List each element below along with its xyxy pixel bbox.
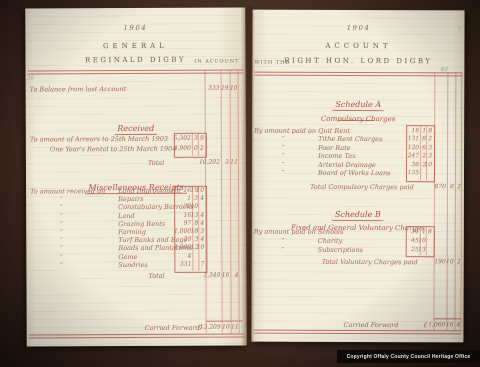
- total-label: Total Compulsory Charges paid: [310, 184, 414, 191]
- amount-shillings: 10: [222, 325, 230, 331]
- lord-digby-name: RIGHT HON. LORD DIGBY: [252, 57, 464, 66]
- schedule-b-list: By amount paid on Schools 34 1 8 ″ Chari…: [252, 229, 464, 256]
- in-account-label: IN ACCOUNT: [194, 59, 239, 65]
- ledger-photo: 1904 GENERAL REGINALD DIGBY IN ACCOUNT 3…: [0, 0, 480, 367]
- ledger-row: ″ Subscriptions 25 13: [252, 246, 464, 256]
- amount-pence: 2: [457, 259, 461, 265]
- received-row: To amount of Arrears to 25th March 1903 …: [26, 136, 246, 145]
- ditto-mark: ″: [60, 262, 62, 269]
- amount-pounds: 333: [208, 86, 219, 92]
- amount-shillings: 0: [194, 146, 198, 152]
- right-page: 1904 1 ACCOUNT WITH THE RIGHT HON. LORD …: [251, 10, 464, 343]
- amount-shillings: 16: [446, 322, 454, 328]
- misc-receipts-list: To amount received on Land Improvement 1…: [26, 188, 246, 271]
- amount-shillings: 13: [418, 247, 426, 253]
- year-left: 1904: [25, 24, 245, 33]
- row-label: Arterial Drainage: [318, 161, 376, 168]
- currency-symbol: £: [423, 322, 427, 329]
- header-rule-left: [28, 70, 244, 75]
- footer-rule-right: [253, 330, 461, 335]
- row-label: To Balance from last Account: [30, 86, 127, 93]
- amount-pounds: 131: [408, 137, 419, 143]
- amount-pounds: 4: [188, 253, 192, 259]
- ditto-mark: ″: [282, 153, 284, 160]
- amount-shillings: 2: [422, 153, 426, 159]
- amount-shillings: 6: [422, 145, 426, 151]
- left-page: 1904 GENERAL REGINALD DIGBY IN ACCOUNT 3…: [25, 8, 246, 347]
- amount-pence: 11: [231, 325, 239, 331]
- year-right: 1904: [253, 24, 465, 33]
- row-label: Subscriptions: [318, 247, 363, 254]
- amount-pence: 4: [200, 237, 204, 243]
- amount-pence: 10: [230, 86, 238, 92]
- ditto-mark: ″: [282, 161, 284, 168]
- amount-shillings: 16: [222, 273, 230, 279]
- ditto-mark: ″: [282, 238, 284, 245]
- row-label: Land: [118, 213, 135, 220]
- ditto-mark: ″: [282, 247, 284, 254]
- amount-pounds: 120: [408, 145, 419, 151]
- schedule-a-list: By amount paid on Quit Rent 16 1 8 ″ Tit…: [252, 128, 464, 179]
- ditto-mark: ″: [60, 197, 62, 204]
- amount-pence: 8: [428, 128, 432, 134]
- received-total-row: Total 10,202 3 11: [26, 160, 246, 169]
- page-title-account: ACCOUNT: [252, 42, 464, 51]
- amount-shillings: 6: [450, 184, 454, 190]
- amount-pence: 3: [200, 229, 204, 235]
- amount-pounds: 190: [434, 259, 445, 265]
- received-row: One Year's Rental to 25th March 1904 4,9…: [26, 146, 246, 155]
- column-closing-rule: [206, 321, 243, 322]
- ditto-mark: ″: [282, 170, 284, 177]
- amount-shillings: 10: [190, 204, 198, 210]
- received-heading: Received: [26, 116, 246, 136]
- amount-pounds: 10,202: [199, 160, 220, 166]
- amount-pence: 4: [457, 322, 461, 328]
- page-title-general: GENERAL: [25, 42, 245, 51]
- ledger-row: ″ Board of Works Loans 135: [252, 170, 464, 179]
- row-prefix: To amount received on: [30, 188, 105, 195]
- amount-pounds: 1,060: [428, 322, 445, 328]
- amount-pounds: 870: [434, 184, 445, 190]
- amount-pence: 2: [428, 137, 432, 143]
- row-label: Farming: [118, 229, 146, 236]
- ditto-mark: ″: [60, 254, 62, 261]
- carried-forward-label: Carried Forward: [343, 322, 398, 329]
- ditto-mark: ″: [60, 237, 62, 244]
- row-prefix: By amount paid on: [254, 229, 316, 236]
- row-label: Quit Rent: [318, 128, 350, 135]
- row-label: Grazing Rents: [118, 221, 165, 228]
- row-label: Repairs: [118, 196, 143, 203]
- total-label: Total Voluntary Charges paid: [322, 259, 418, 266]
- row-label: Income Tax: [318, 153, 356, 160]
- amount-pence: 11: [230, 160, 238, 166]
- amount-pence: 2: [457, 184, 461, 190]
- amount-shillings: 18: [191, 229, 199, 235]
- schedule-a-subheading: Compulsory Charges: [252, 106, 464, 126]
- amount-pounds: 331: [180, 261, 191, 267]
- copyright-watermark: Copyright Offaly County Council Heritage…: [337, 350, 480, 363]
- amount-shillings: 3: [194, 196, 198, 202]
- amount-shillings: 8: [422, 137, 426, 143]
- amount-pounds: 3,340: [203, 273, 220, 279]
- row-label: Sundries: [118, 262, 147, 269]
- corner-mark: 1: [458, 26, 462, 33]
- row-label: To amount of Arrears to 25th March 1903: [30, 136, 168, 143]
- amount-pounds: 30: [184, 237, 192, 243]
- ditto-mark: ″: [60, 246, 62, 253]
- amount-shillings: 10: [446, 259, 454, 265]
- total-label: Total: [148, 160, 164, 167]
- row-label: Land Improvement: [118, 188, 181, 195]
- amount-pence: 9: [200, 136, 204, 142]
- amount-pence: 3: [428, 145, 432, 151]
- amount-shillings: 3: [225, 160, 229, 166]
- amount-pence: 10: [197, 245, 205, 251]
- amount-shillings: 13: [191, 212, 199, 218]
- column-closing-rule: [434, 318, 462, 319]
- schedule-b-total-row: Total Voluntary Charges paid 190 10 2: [252, 259, 464, 268]
- row-label: Turf Banks and Bogs: [118, 237, 187, 244]
- header-rule-right: [254, 72, 462, 77]
- amount-pounds: 4,900: [174, 146, 191, 152]
- amount-pounds: 36: [411, 162, 419, 168]
- ditto-mark: ″: [60, 221, 62, 228]
- amount-pence: 4: [200, 220, 204, 226]
- amount-pence: 4: [200, 196, 204, 202]
- amount-shillings: 8: [194, 220, 198, 226]
- amount-pounds: 5,302: [174, 136, 191, 142]
- amount-pounds: 135: [408, 170, 419, 176]
- row-label: One Year's Rental to 25th March 1904: [50, 146, 177, 153]
- amount-pence: 7: [201, 261, 205, 267]
- row-label: Schools: [318, 229, 344, 236]
- amount-pounds: 1,000: [174, 245, 191, 251]
- amount-shillings: 3: [194, 136, 198, 142]
- ledger-row: ″ Sundries 331 7: [26, 261, 246, 270]
- amount-pounds: 1: [187, 196, 191, 202]
- row-label: Charity: [318, 238, 343, 245]
- amount-shillings: 19: [221, 86, 229, 92]
- row-label: Board of Works Loans: [318, 170, 391, 177]
- amount-shillings: 1: [422, 229, 426, 235]
- schedule-a-total-row: Total Compulsory Charges paid 870 6 2: [252, 184, 464, 193]
- amount-pence: 4: [235, 273, 239, 279]
- carried-forward-label: Carried Forward: [145, 325, 200, 332]
- misc-total-row: Total 3,340 16 4: [26, 273, 246, 282]
- ditto-mark: ″: [60, 213, 62, 220]
- amount-pence: 3: [428, 153, 432, 159]
- balance-row: To Balance from last Account 333 19 10: [26, 86, 246, 95]
- amount-pounds: 1,000: [174, 229, 191, 235]
- amount-pounds: 97: [184, 221, 192, 227]
- folio-number-left: 30: [27, 74, 35, 81]
- amount-pence: 8: [428, 229, 432, 235]
- total-label: Total: [148, 273, 164, 280]
- carried-forward-row: Carried Forward £ 13,209 10 11: [27, 325, 247, 334]
- ditto-mark: ″: [60, 205, 62, 212]
- amount-shillings: 1: [422, 128, 426, 134]
- amount-pence: 2: [200, 146, 204, 152]
- amount-pounds: 34: [411, 229, 419, 235]
- row-label: Poor Rate: [318, 145, 351, 152]
- amount-shillings: 10: [418, 238, 426, 244]
- amount-pence: 4: [200, 212, 204, 218]
- row-prefix: By amount paid on: [254, 128, 316, 135]
- amount-pounds: 13,209: [200, 325, 221, 331]
- section-divider: [338, 120, 374, 121]
- footer-rule-left: [29, 334, 245, 339]
- ditto-mark: ″: [282, 145, 284, 152]
- ditto-mark: ″: [282, 136, 284, 143]
- amount-pounds: 247: [408, 153, 419, 159]
- amount-pence: 10: [424, 162, 432, 168]
- row-label: Tithe Rent Charges: [318, 136, 382, 143]
- amount-pounds: 16: [412, 128, 420, 134]
- amount-pence: 10: [196, 188, 204, 194]
- amount-shillings: 3: [194, 237, 198, 243]
- row-label: Game: [118, 253, 137, 260]
- ditto-mark: ″: [60, 229, 62, 236]
